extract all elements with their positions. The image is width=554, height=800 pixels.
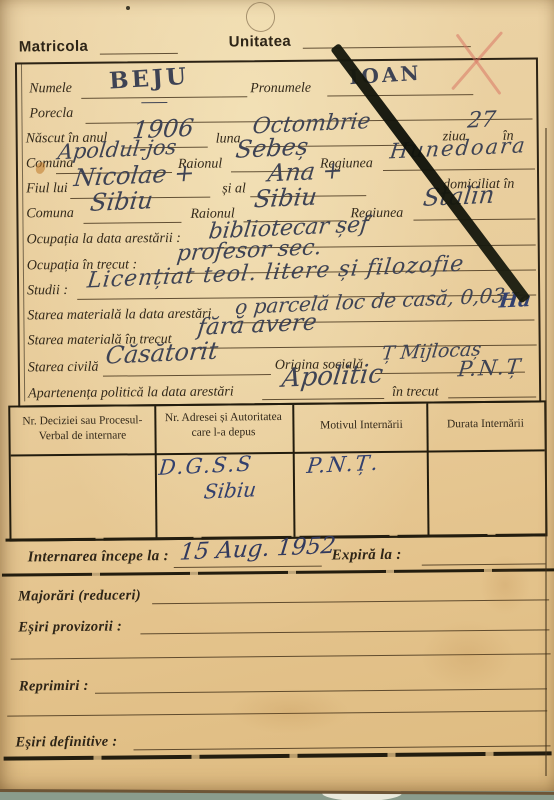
table-header-motivul: Motivul Internării bbox=[298, 418, 424, 434]
comuna2-value: Sibiu bbox=[89, 188, 154, 215]
numele-value: BEJU bbox=[108, 65, 189, 93]
ocupatia-arest-label: Ocupația la data arestării : bbox=[27, 231, 181, 248]
numele-label: Numele bbox=[29, 81, 72, 97]
ink-dot bbox=[126, 6, 130, 10]
in-trecut-value: P.N.Ț bbox=[457, 356, 524, 380]
internarea-line bbox=[174, 566, 322, 568]
civila-label: Starea civilă bbox=[28, 360, 99, 377]
stain-3 bbox=[230, 688, 350, 734]
internment-table: Nr. Deciziei sau Procesul-Verbal de inte… bbox=[8, 400, 547, 541]
si-al-value: Ana + bbox=[267, 158, 344, 185]
in-trecut-label: în trecut bbox=[392, 384, 439, 400]
porecla-label: Porecla bbox=[29, 106, 73, 122]
stare-arest-label: Starea materială la data arestări bbox=[27, 307, 211, 325]
table-col-divider-3 bbox=[426, 404, 429, 536]
table-header-adresa: Nr. Adresei și Auto­ritatea care l-a dep… bbox=[158, 410, 288, 441]
ziua-value: 27 bbox=[466, 109, 496, 132]
table-row-adresa-value-line1: D.G.S.S bbox=[158, 454, 254, 479]
matricola-label: Matricola bbox=[19, 38, 89, 56]
comuna2-label: Comuna bbox=[26, 206, 74, 222]
table-col-divider-1 bbox=[154, 406, 157, 538]
stare-trecut-value: fără avere bbox=[196, 311, 318, 339]
table-row-motivul-value: P.N.Ț. bbox=[306, 453, 381, 477]
civila-value: Căsătorit bbox=[104, 339, 219, 368]
matricola-line bbox=[100, 53, 178, 55]
divider-rule-bottom bbox=[4, 751, 552, 760]
table-header-durata: Durata Internării bbox=[430, 416, 540, 432]
unitatea-label: Unitatea bbox=[229, 33, 292, 51]
expira-label: Expiră la : bbox=[332, 547, 402, 565]
table-row-adresa-value-line2: Sibiu bbox=[203, 479, 257, 501]
raionul2-value: Sibiu bbox=[253, 184, 318, 211]
unitatea-line bbox=[303, 46, 471, 49]
fiul-label: Fiul lui bbox=[26, 181, 68, 197]
table-header-divider bbox=[11, 449, 545, 456]
esiri-provizorii-label: Eșiri provizorii : bbox=[18, 618, 122, 636]
apartenenta-value: Apolitic bbox=[281, 361, 385, 392]
expira-line bbox=[422, 563, 546, 565]
table-header-decizie: Nr. Deciziei sau Procesul-Verbal de inte… bbox=[14, 413, 150, 444]
scanned-internment-record: Matricola Unitatea Numele BEJU Pronumele… bbox=[0, 0, 554, 800]
stain-2 bbox=[480, 555, 530, 615]
internarea-label: Internarea începe la : bbox=[28, 548, 169, 566]
stain-1 bbox=[420, 620, 515, 690]
majorari-label: Majorări (reduceri) bbox=[18, 587, 141, 605]
divider-rule-mid bbox=[2, 568, 554, 576]
pronumele-label: Pronumele bbox=[250, 81, 311, 98]
reprimiri-label: Reprimiri : bbox=[19, 678, 89, 696]
si-al-label: și al bbox=[222, 181, 246, 197]
internarea-value: 15 Aug. 1952 bbox=[178, 535, 336, 565]
esiri-definitive-line bbox=[134, 745, 551, 750]
apartenenta-label: Apartenența politică la data arestări bbox=[28, 384, 234, 402]
fiul-value: Nicolae + bbox=[73, 161, 196, 191]
paper-right-edge bbox=[545, 128, 547, 776]
studii-label: Studii : bbox=[27, 283, 68, 299]
esiri-definitive-label: Eșiri definitive : bbox=[15, 734, 117, 752]
table-col-divider-2 bbox=[292, 405, 295, 537]
